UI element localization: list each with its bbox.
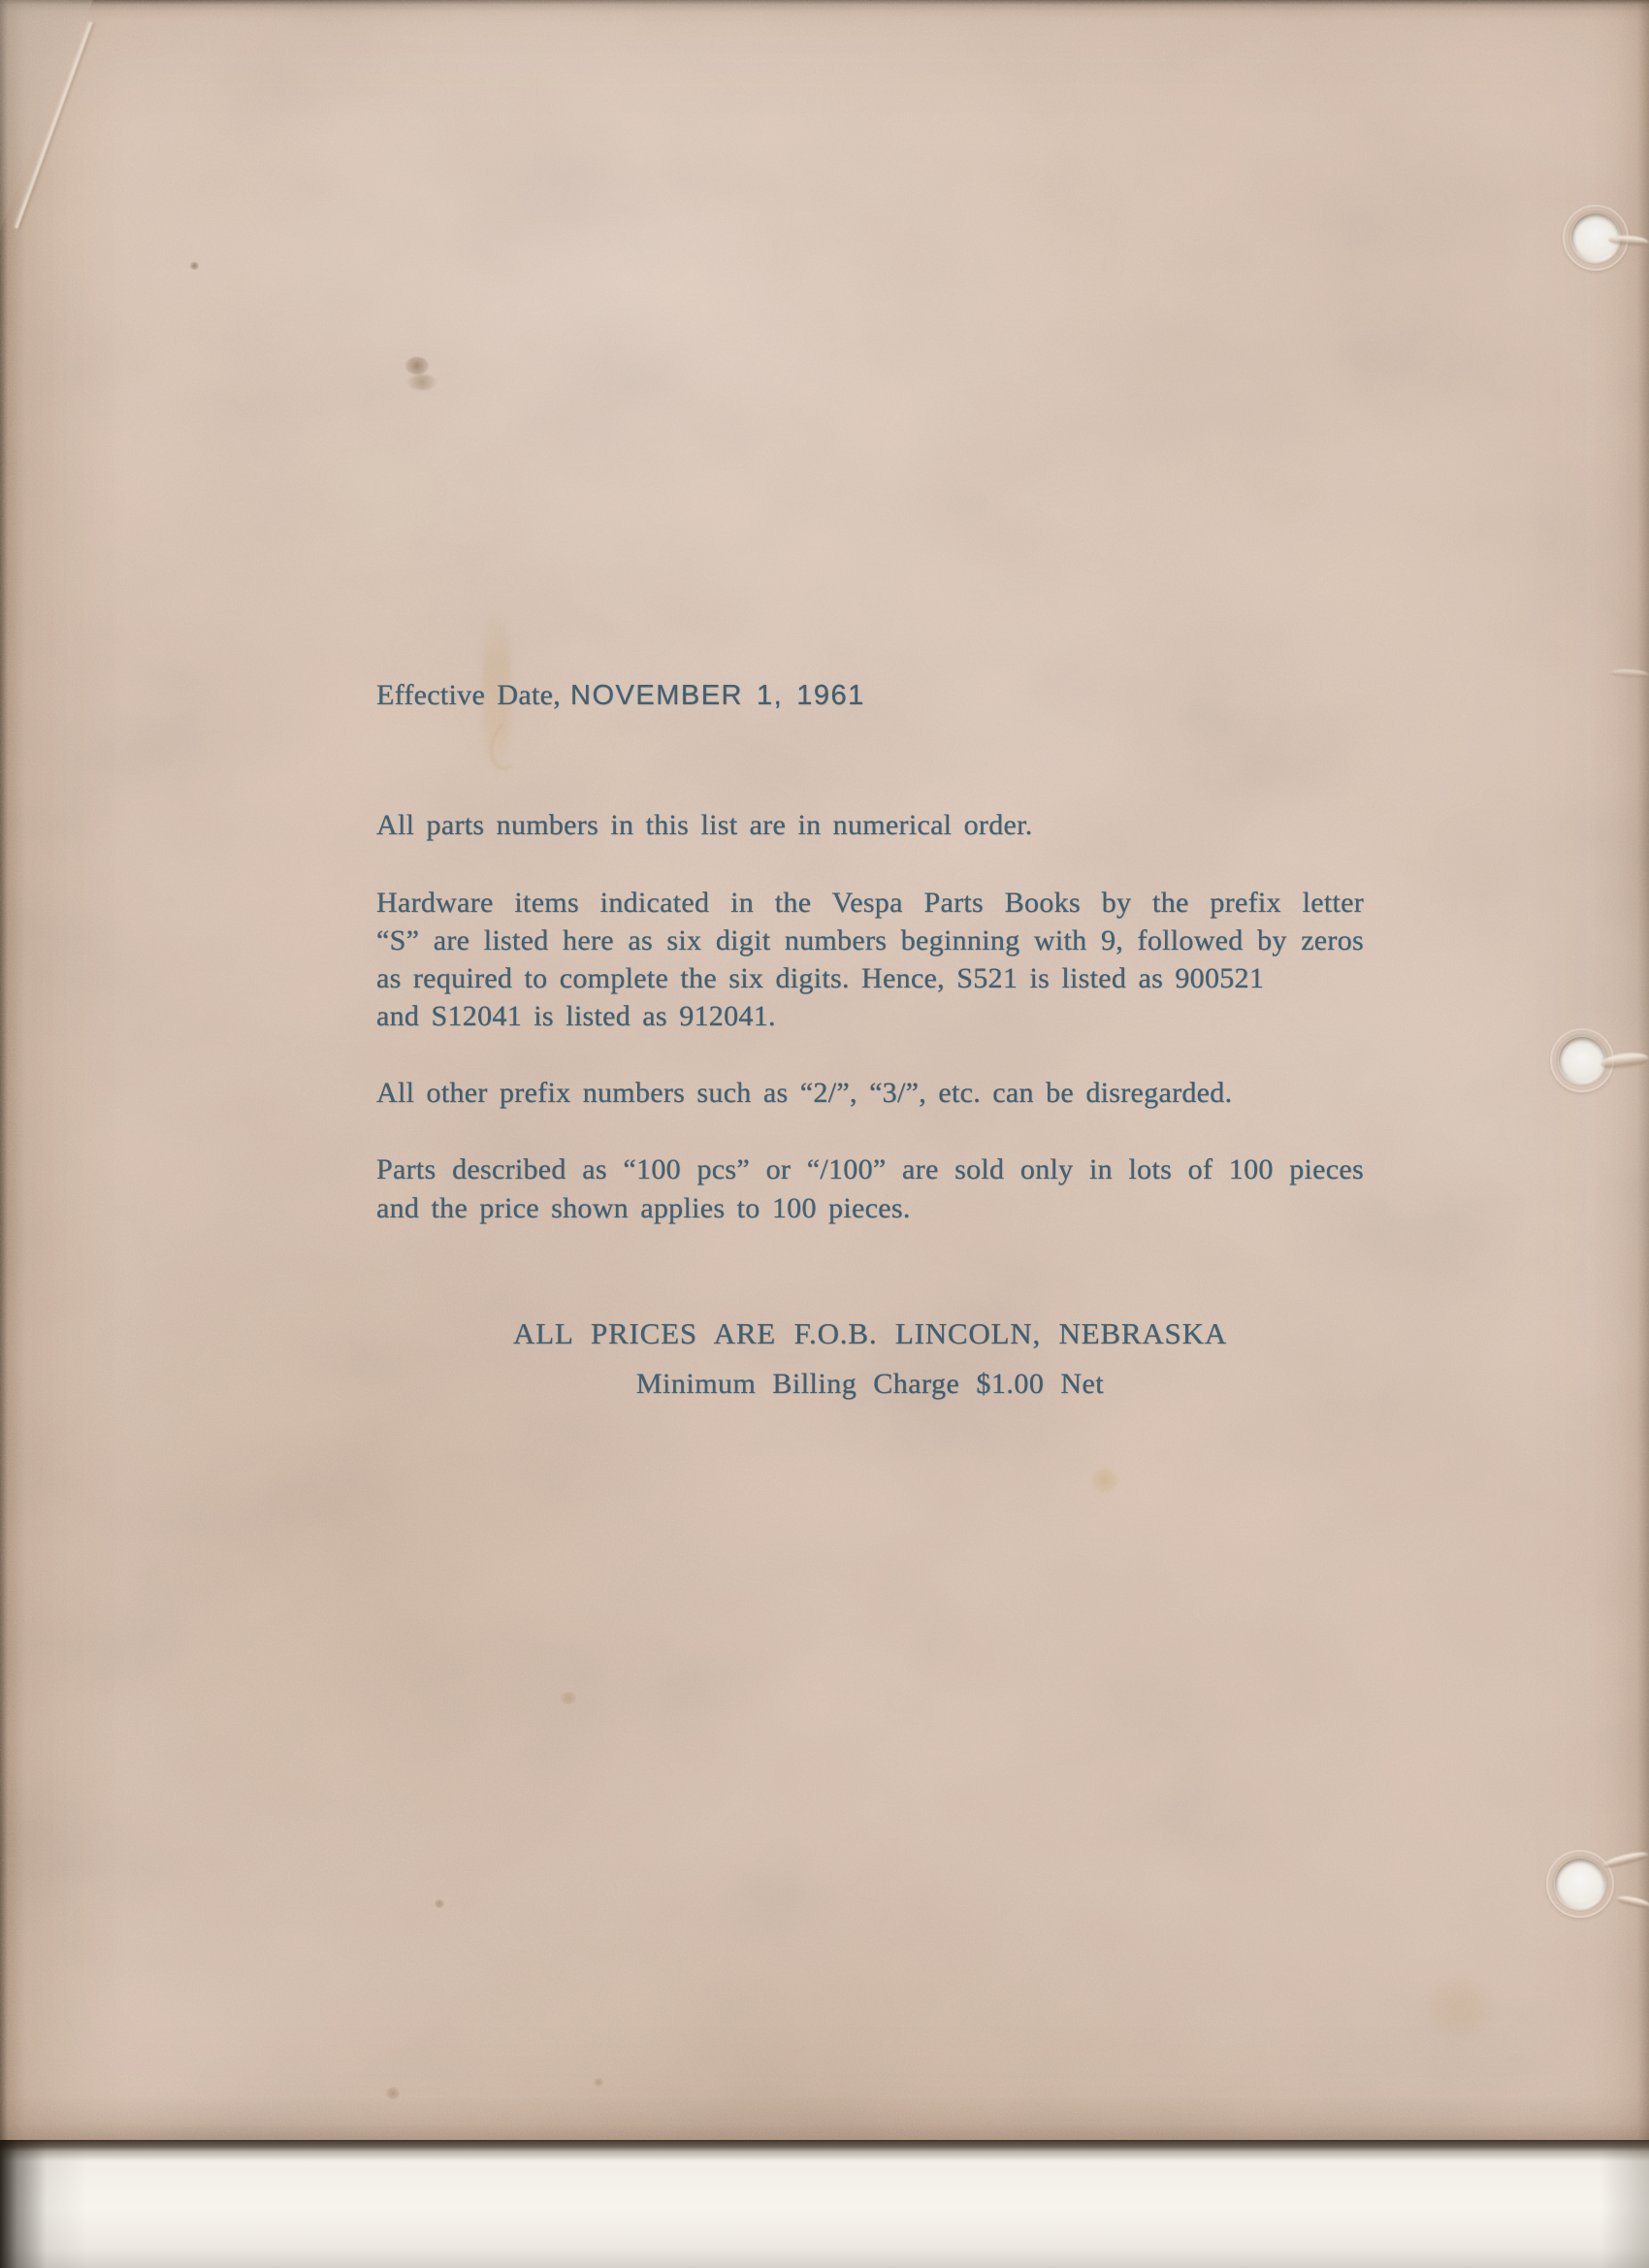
paper-sheet: Effective Date,NOVEMBER 1, 1961 All part…: [0, 0, 1649, 2140]
effective-date-label: Effective Date,: [376, 679, 561, 711]
scanned-page: Effective Date,NOVEMBER 1, 1961 All part…: [0, 0, 1649, 2268]
note-numerical-order: All parts numbers in this list are in nu…: [376, 806, 1364, 844]
hardware-prefix-line4: and S12041 is listed as 912041.: [376, 997, 1364, 1035]
corner-fold-shade: [0, 0, 97, 233]
stain: [190, 262, 199, 270]
punch-hole-middle: [1559, 1037, 1605, 1084]
effective-date-value: NOVEMBER 1, 1961: [570, 680, 865, 711]
fob-pricing-line: ALL PRICES ARE F.O.B. LINCOLN, NEBRASKA: [376, 1314, 1364, 1352]
note-other-prefixes: All other prefix numbers such as “2/”, “…: [376, 1074, 1364, 1112]
hundred-lots-line1: Parts described as “100 pcs” or “/100” a…: [376, 1150, 1364, 1189]
stain: [1426, 1979, 1494, 2035]
hardware-prefix-line1: Hardware items indicated in the Vespa Pa…: [376, 884, 1364, 922]
hundred-lots-line2: and the price shown applies to 100 piece…: [376, 1189, 1364, 1228]
effective-date-line: Effective Date,NOVEMBER 1, 1961: [376, 676, 1364, 715]
hardware-prefix-line3: as required to complete the six digits. …: [376, 959, 1364, 997]
hardware-prefix-line2: “S” are listed here as six digit numbers…: [376, 922, 1364, 959]
edge-crease: [1610, 668, 1649, 679]
note-100-piece-lots: Parts described as “100 pcs” or “/100” a…: [376, 1150, 1364, 1228]
edge-crease: [1615, 1894, 1649, 1910]
scanner-background: [0, 2140, 1649, 2268]
minimum-billing-line: Minimum Billing Charge $1.00 Net: [376, 1365, 1364, 1403]
note-hardware-prefix: Hardware items indicated in the Vespa Pa…: [376, 884, 1364, 1035]
edge-crease: [1601, 1849, 1649, 1870]
page-content: Effective Date,NOVEMBER 1, 1961 All part…: [376, 0, 1364, 2140]
punch-hole-bottom: [1555, 1859, 1605, 1909]
